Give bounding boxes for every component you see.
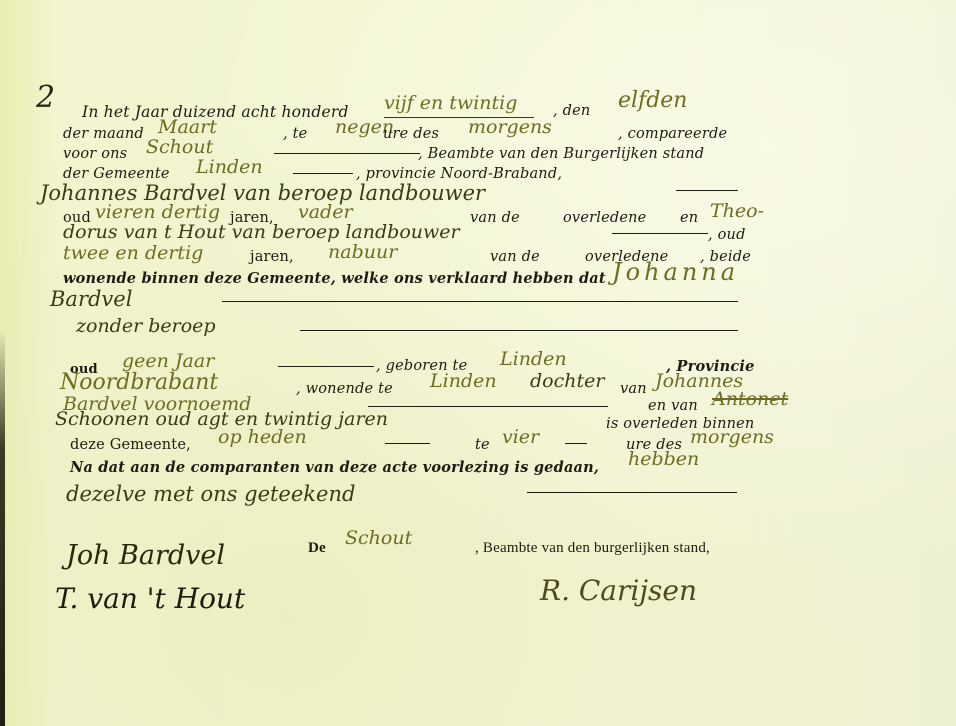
printed-text: te	[475, 437, 490, 453]
printed-text: van de	[470, 210, 520, 226]
page-number: 2	[36, 80, 55, 115]
page-edge-shadow	[0, 330, 5, 726]
fill-line	[222, 301, 738, 302]
handwritten-declarant2-relation: nabuur	[328, 241, 397, 263]
printed-text: der maand	[63, 126, 144, 142]
printed-text: en	[680, 210, 698, 226]
handwritten-relation: dochter	[530, 370, 604, 392]
handwritten-month: Maart	[158, 116, 217, 138]
fill-line	[278, 366, 374, 367]
printed-text: , Beambte van den Burgerlijken stand	[418, 146, 704, 162]
handwritten-deceased-age: geen Jaar	[122, 350, 214, 372]
handwritten-declarant1-age: vieren dertig	[95, 201, 220, 223]
handwritten-declarant2-start: Theo-	[710, 200, 764, 222]
printed-text: , Beambte van den burgerlijken stand,	[475, 540, 710, 557]
fill-line	[385, 443, 430, 444]
fill-line	[676, 190, 738, 191]
handwritten-official-title2: Schout	[345, 527, 412, 549]
fill-line	[293, 173, 353, 174]
printed-text: De	[308, 540, 326, 557]
handwritten-death-hour: vier	[502, 426, 539, 448]
handwritten-deceased-last: Bardvel	[50, 287, 132, 311]
printed-text: deze Gemeente,	[70, 437, 191, 453]
handwritten-death-day: op heden	[218, 426, 307, 448]
printed-text: jaren,	[250, 249, 294, 265]
printed-text: , provincie Noord-Braband,	[356, 166, 562, 182]
handwritten-deceased-first: Johanna	[612, 258, 739, 286]
fill-line	[565, 443, 587, 444]
printed-text: , wonende te	[296, 381, 393, 397]
fill-line	[274, 153, 420, 154]
printed-text: , compareerde	[618, 126, 727, 142]
printed-text: , oud	[708, 227, 746, 243]
handwritten-closing-b: dezelve met ons geteekend	[66, 482, 355, 506]
printed-text: van de	[490, 249, 540, 265]
printed-text: en van	[648, 398, 698, 414]
signature-declarant1: Joh Bardvel	[66, 540, 225, 571]
printed-text: overledene	[563, 210, 646, 226]
handwritten-residence: Linden	[430, 370, 497, 392]
handwritten-time-of-day: morgens	[468, 116, 552, 138]
fill-line	[300, 330, 738, 331]
signature-declarant2: T. van 't Hout	[55, 582, 245, 615]
handwritten-year: vijf en twintig	[384, 92, 517, 114]
printed-text: , te	[283, 126, 307, 142]
printed-text: der Gemeente	[63, 166, 170, 182]
handwritten-mother-struck: Antonet	[712, 388, 788, 410]
fill-line	[368, 406, 608, 407]
handwritten-day: elfden	[618, 88, 687, 113]
printed-text: wonende binnen deze Gemeente, welke ons …	[63, 270, 606, 287]
handwritten-province: Noordbrabant	[60, 370, 218, 395]
handwritten-declarant2-age: twee en dertig	[63, 242, 203, 264]
printed-text: , den	[553, 103, 590, 119]
handwritten-municipality: Linden	[196, 156, 263, 178]
handwritten-declarant2: dorus van t Hout van beroep landbouwer	[63, 221, 460, 243]
handwritten-death-time-of-day: morgens	[690, 426, 774, 448]
printed-text: Na dat aan de comparanten van deze acte …	[70, 459, 599, 476]
handwritten-official-title: Schout	[146, 136, 213, 158]
handwritten-deceased-status: zonder beroep	[76, 315, 216, 337]
printed-text: van	[620, 381, 647, 397]
handwritten-closing-a: hebben	[628, 448, 699, 470]
printed-text: ure des	[383, 126, 439, 142]
handwritten-declarant1-relation: vader	[298, 201, 353, 223]
fill-line	[612, 233, 708, 234]
fill-line	[527, 492, 737, 493]
signature-official: R. Carijsen	[540, 574, 697, 607]
printed-text: voor ons	[63, 146, 127, 162]
handwritten-birthplace: Linden	[500, 348, 567, 370]
